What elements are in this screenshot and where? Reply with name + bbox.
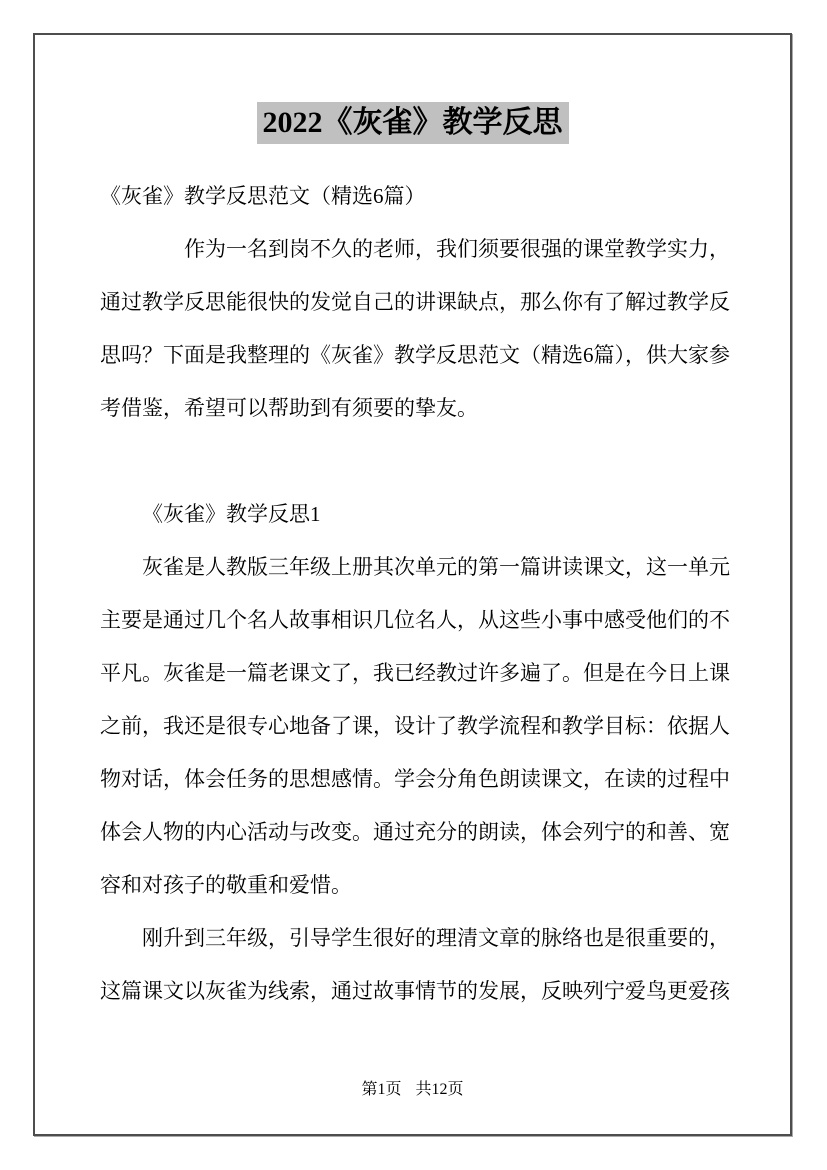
text-line: 灰雀是人教版三年级上册其次单元的第一篇讲读课文，这一单元 xyxy=(100,541,745,594)
title-row: 2022《灰雀》教学反思 xyxy=(35,102,790,144)
document-title: 2022《灰雀》教学反思 xyxy=(257,102,569,144)
footer-page-total: 共12页 xyxy=(416,1081,464,1098)
document-body-text: 《灰雀》教学反思范文（精选6篇）作为一名到岗不久的老师，我们须要很强的课堂教学实… xyxy=(100,170,745,1018)
document-canvas: 2022《灰雀》教学反思 《灰雀》教学反思范文（精选6篇）作为一名到岗不久的老师… xyxy=(0,0,827,1170)
footer-page-number: 第1页 xyxy=(361,1081,401,1098)
text-line xyxy=(100,435,745,488)
page-footer: 第1页 共12页 xyxy=(35,1079,790,1101)
text-line: 思吗？下面是我整理的《灰雀》教学反思范文（精选6篇），供大家参 xyxy=(100,329,745,382)
text-line: 刚升到三年级，引导学生很好的理清文章的脉络也是很重要的， xyxy=(100,912,745,965)
text-line: 作为一名到岗不久的老师，我们须要很强的课堂教学实力， xyxy=(100,223,745,276)
text-line: 之前，我还是很专心地备了课，设计了教学流程和教学目标：依据人 xyxy=(100,700,745,753)
text-line: 通过教学反思能很快的发觉自己的讲课缺点，那么你有了解过教学反 xyxy=(100,276,745,329)
text-line: 体会人物的内心活动与改变。通过充分的朗读，体会列宁的和善、宽 xyxy=(100,806,745,859)
text-line: 容和对孩子的敬重和爱惜。 xyxy=(100,859,745,912)
text-line: 平凡。灰雀是一篇老课文了，我已经教过许多遍了。但是在今日上课 xyxy=(100,647,745,700)
text-line: 考借鉴，希望可以帮助到有须要的挚友。 xyxy=(100,382,745,435)
text-line: 物对话，体会任务的思想感情。学会分角色朗读课文，在读的过程中 xyxy=(100,753,745,806)
text-line: 这篇课文以灰雀为线索，通过故事情节的发展，反映列宁爱鸟更爱孩 xyxy=(100,965,745,1018)
text-line: 《灰雀》教学反思范文（精选6篇） xyxy=(100,170,745,223)
text-line: 《灰雀》教学反思1 xyxy=(100,488,745,541)
text-line: 主要是通过几个名人故事相识几位名人，从这些小事中感受他们的不 xyxy=(100,594,745,647)
document-page: 2022《灰雀》教学反思 《灰雀》教学反思范文（精选6篇）作为一名到岗不久的老师… xyxy=(33,33,792,1136)
